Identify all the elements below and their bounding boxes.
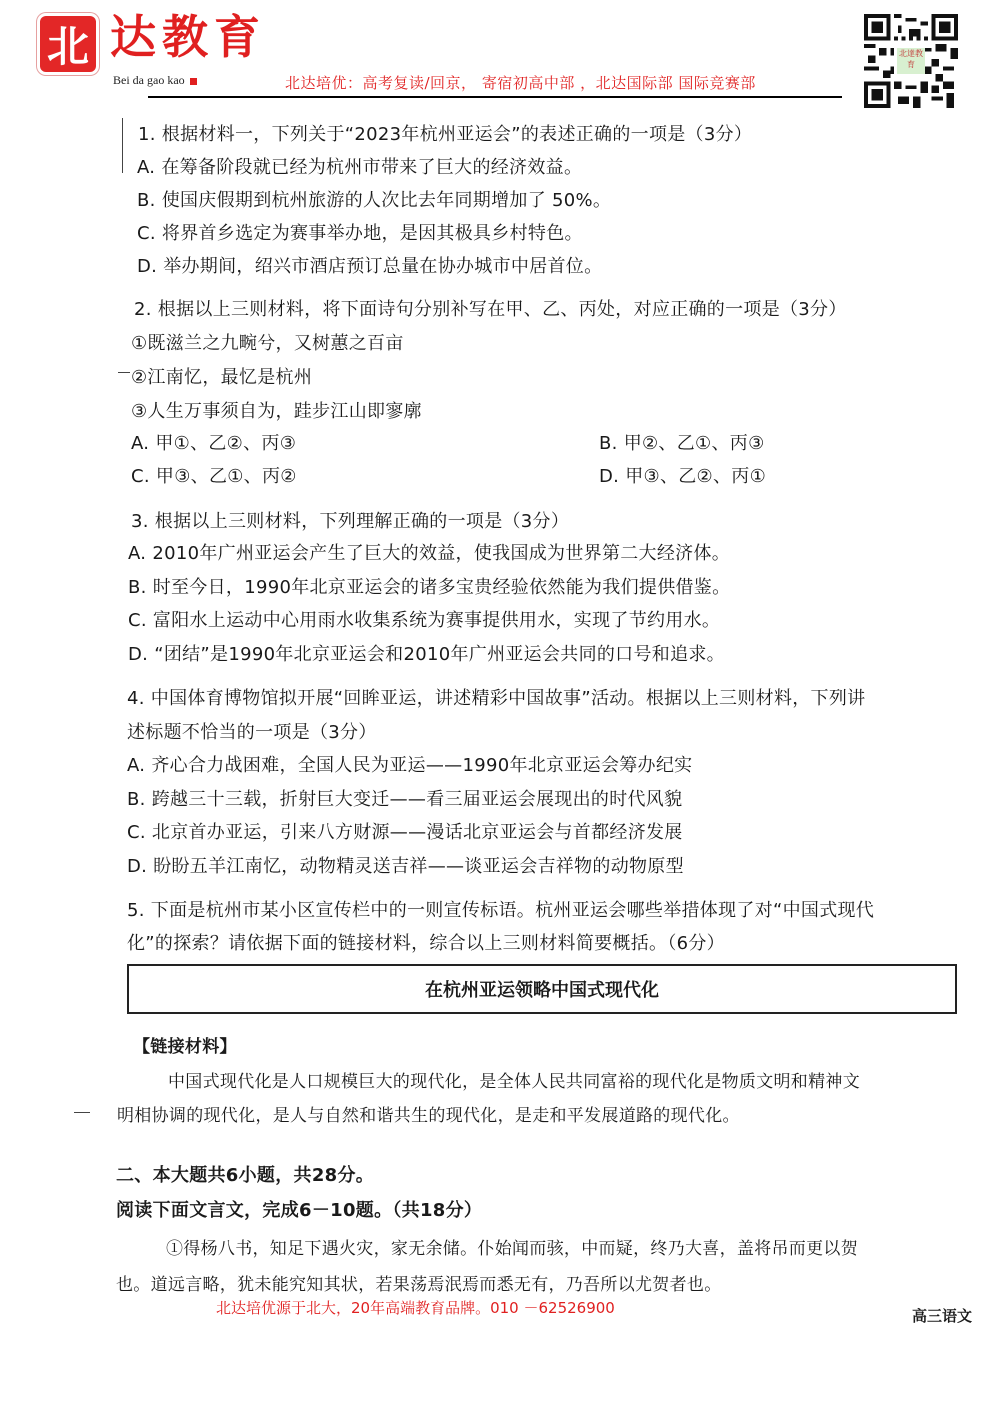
red-square-icon <box>190 78 197 85</box>
q5-stem-line1: 5. 下面是杭州市某小区宣传栏中的一则宣传标语。杭州亚运会哪些举措体现了对“中国… <box>127 896 874 922</box>
q1-option-b: B. 使国庆假期到杭州旅游的人次比去年同期增加了 50%。 <box>137 186 611 212</box>
header-slogan: 北达培优：高考复读/回京， 寄宿初高中部 ，北达国际部 国际竞赛部 <box>285 72 756 93</box>
q1-option-c: C. 将界首乡选定为赛事举办地，是因其极具乡村特色。 <box>137 219 583 245</box>
section2-heading: 二、本大题共6小题，共28分。 <box>116 1161 374 1187</box>
q3-option-b: B. 时至今日，1990年北京亚运会的诸多宝贵经验依然能为我们提供借鉴。 <box>128 573 730 599</box>
brand-sub-text: Bei da gao kao <box>113 73 185 87</box>
scan-mark <box>122 118 123 173</box>
q2-option-c: C. 甲③、乙①、丙② <box>131 462 297 488</box>
slogan-box-text: 在杭州亚运领略中国式现代化 <box>425 976 659 1002</box>
q1-stem: 1. 根据材料一，下列关于“2023年杭州亚运会”的表述正确的一项是（3分） <box>138 120 752 146</box>
q5-stem-line2: 化”的探索？请依据下面的链接材料，综合以上三则材料简要概括。（6分） <box>127 929 725 955</box>
q2-option-a: A. 甲①、乙②、丙③ <box>131 429 296 455</box>
q1-option-d: D. 举办期间，绍兴市酒店预订总量在协办城市中居首位。 <box>137 252 602 278</box>
scan-mark <box>74 1112 90 1113</box>
q2-verse-3: ③人生万事须自为，跬步江山即寥廓 <box>131 397 422 423</box>
section2-instruction: 阅读下面文言文，完成6－10题。（共18分） <box>116 1196 482 1222</box>
link-material-title: 【链接材料】 <box>133 1032 237 1057</box>
passage-line1: ①得杨八书，知足下遇火灾，家无余储。仆始闻而骇，中而疑，终乃大喜，盖将吊而更以贺 <box>166 1234 858 1259</box>
logo-seal: 北 <box>40 16 96 72</box>
q4-stem-line1: 4. 中国体育博物馆拟开展“回眸亚运，讲述精彩中国故事”活动。根据以上三则材料，… <box>127 684 865 710</box>
q3-option-c: C. 富阳水上运动中心用雨水收集系统为赛事提供用水，实现了节约用水。 <box>128 606 720 632</box>
link-material-line1: 中国式现代化是人口规模巨大的现代化，是全体人民共同富裕的现代化是物质文明和精神文 <box>168 1067 860 1092</box>
q2-option-d: D. 甲③、乙②、丙① <box>599 462 766 488</box>
brand-name: 达教育 <box>110 14 266 60</box>
q4-option-c: C. 北京首办亚运，引来八方财源——漫话北京亚运会与首都经济发展 <box>127 818 683 844</box>
logo-char: 北 <box>47 14 89 74</box>
passage-line2: 也。道远言略，犹未能究知其状，若果荡焉泯焉而悉无有，乃吾所以尤贺者也。 <box>116 1270 722 1295</box>
q2-verse-1: ①既滋兰之九畹兮，又树蕙之百亩 <box>131 329 404 355</box>
q3-option-a: A. 2010年广州亚运会产生了巨大的效益，使我国成为世界第二大经济体。 <box>128 539 730 565</box>
q3-option-d: D. “团结”是1990年北京亚运会和2010年广州亚运会共同的口号和追求。 <box>128 640 725 666</box>
q2-verse-2: ②江南忆，最忆是杭州 <box>131 363 312 389</box>
q4-option-a: A. 齐心合力战困难，全国人民为亚运——1990年北京亚运会筹办纪实 <box>127 751 692 777</box>
q4-option-b: B. 跨越三十三载，折射巨大变迁——看三届亚运会展现出的时代风貌 <box>127 785 682 811</box>
q3-stem: 3. 根据以上三则材料，下列理解正确的一项是（3分） <box>131 507 569 533</box>
q4-option-d: D. 盼盼五羊江南忆，动物精灵送吉祥——谈亚运会吉祥物的动物原型 <box>127 852 684 878</box>
qr-center-badge: 北達教育 <box>897 48 925 74</box>
header-divider <box>148 96 842 98</box>
link-material-line2: 明相协调的现代化，是人与自然和谐共生的现代化，是走和平发展道路的现代化。 <box>117 1101 740 1126</box>
brand-sub: Bei da gao kao <box>113 73 197 88</box>
q2-stem: 2. 根据以上三则材料，将下面诗句分别补写在甲、乙、丙处，对应正确的一项是（3分… <box>134 295 847 321</box>
q1-option-a: A. 在筹备阶段就已经为杭州市带来了巨大的经济效益。 <box>137 153 582 179</box>
scan-mark <box>118 372 130 373</box>
slogan-box: 在杭州亚运领略中国式现代化 <box>127 964 957 1014</box>
footer-promo: 北达培优源于北大，20年高端教育品牌。010 －62526900 <box>216 1297 615 1318</box>
q4-stem-line2: 述标题不恰当的一项是（3分） <box>127 718 377 744</box>
q2-option-b: B. 甲②、乙①、丙③ <box>599 429 765 455</box>
page-label: 高三语文 <box>912 1305 972 1326</box>
